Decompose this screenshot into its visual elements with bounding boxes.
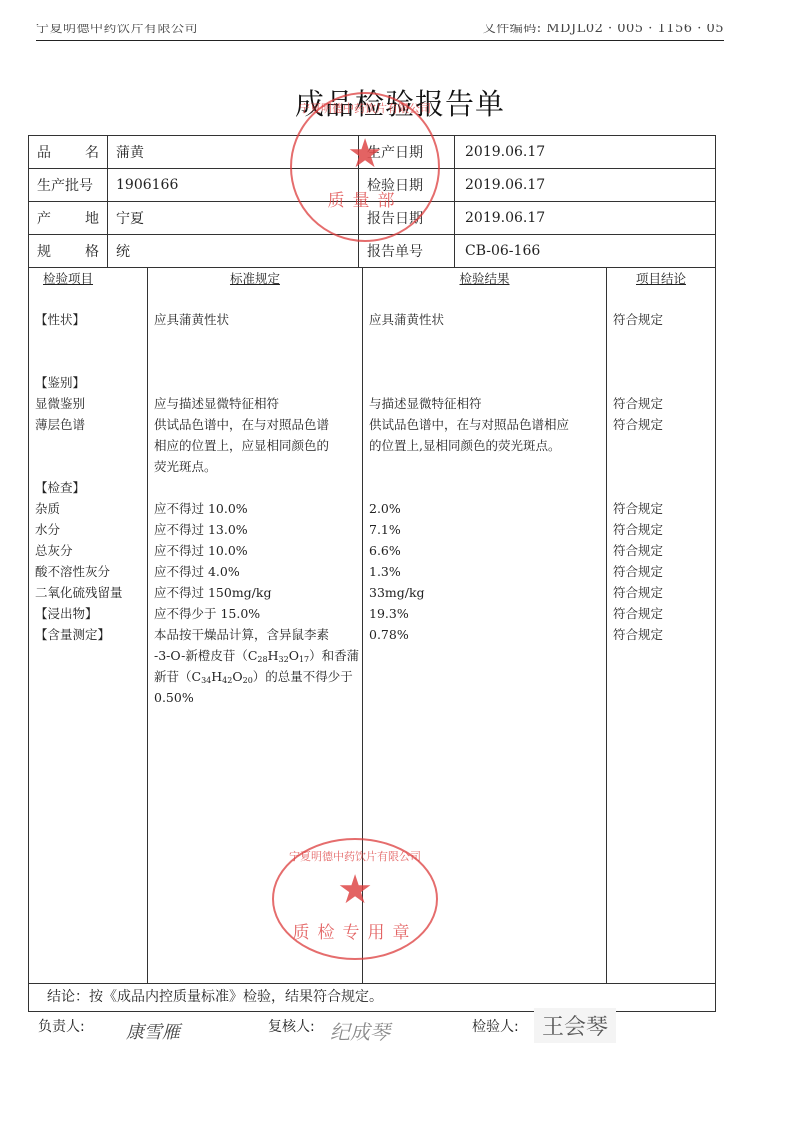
inspector-signature: 王会琴: [534, 1008, 616, 1043]
conclusion-microscopic: 符合规定: [613, 393, 709, 414]
result-extract: 19.3%: [369, 603, 600, 624]
responsible-label: 负责人:: [38, 1016, 85, 1036]
result-total-ash: 6.6%: [369, 540, 600, 561]
conclusion-tlc: 符合规定: [613, 414, 709, 435]
result-microscopic: 与描述显微特征相符: [369, 393, 600, 414]
standard-extract: 应不得少于 15.0%: [154, 603, 356, 624]
standard-assay-limit: 0.50%: [154, 687, 356, 708]
standard-assay-formula-2: 新苷（C34H42O20）的总量不得少于: [154, 666, 356, 687]
value-production-date: 2019.06.17: [455, 136, 715, 168]
header-doc-code: 文件编码: MDJL02 · 005 · 1156 · 05: [483, 24, 724, 38]
inspection-details: 检验项目 【性状】 【鉴别】 显微鉴别 薄层色谱 【检查】 杂质 水分 总灰分 …: [29, 268, 715, 984]
header-item: 检验项目: [35, 268, 141, 289]
label-origin: 产地: [29, 202, 108, 234]
value-report-number: CB-06-166: [455, 235, 715, 267]
conclusion-so2-residue: 符合规定: [613, 582, 709, 603]
conclusion-extract: 符合规定: [613, 603, 709, 624]
item-tlc: 薄层色谱: [35, 414, 141, 435]
header-result: 检验结果: [369, 268, 600, 289]
result-so2-residue: 33mg/kg: [369, 582, 600, 603]
item-acid-insoluble-ash: 酸不溶性灰分: [35, 561, 141, 582]
item-character: 【性状】: [35, 309, 141, 330]
header-standard: 标准规定: [154, 268, 356, 289]
responsible-signature: 康雪雁: [126, 1018, 180, 1044]
conclusion-moisture: 符合规定: [613, 519, 709, 540]
result-moisture: 7.1%: [369, 519, 600, 540]
item-total-ash: 总灰分: [35, 540, 141, 561]
label-spec: 规格: [29, 235, 108, 267]
page-title: 成品检验报告单: [0, 82, 800, 123]
value-origin: 宁夏: [108, 202, 359, 234]
label-production-date: 生产日期: [359, 136, 455, 168]
result-assay: 0.78%: [369, 624, 600, 645]
standard-tlc-line: 荧光斑点。: [154, 456, 356, 477]
result-tlc-line: 供试品色谱中，在与对照品色谱相应: [369, 414, 600, 435]
standard-acid-insoluble-ash: 应不得过 4.0%: [154, 561, 356, 582]
standard-tlc-line: 供试品色谱中，在与对照品色谱: [154, 414, 356, 435]
reviewer-signature: 纪成琴: [330, 1016, 390, 1045]
info-row-spec: 规格 统 报告单号 CB-06-166: [29, 235, 715, 268]
item-assay: 【含量测定】: [35, 624, 141, 645]
value-inspection-date: 2019.06.17: [455, 169, 715, 201]
header-conclusion: 项目结论: [613, 268, 709, 289]
column-conclusion: 项目结论 符合规定 符合规定 符合规定 符合规定 符合规定 符合规定 符合规定 …: [607, 268, 715, 983]
conclusion-total-ash: 符合规定: [613, 540, 709, 561]
label-product-name: 品名: [29, 136, 108, 168]
conclusion-acid-insoluble-ash: 符合规定: [613, 561, 709, 582]
column-standard: 标准规定 应具蒲黄性状 应与描述显微特征相符 供试品色谱中，在与对照品色谱 相应…: [148, 268, 363, 983]
standard-assay-formula-1: -3-O-新橙皮苷（C28H32O17）和香蒲: [154, 645, 356, 666]
conclusion-assay: 符合规定: [613, 624, 709, 645]
column-items: 检验项目 【性状】 【鉴别】 显微鉴别 薄层色谱 【检查】 杂质 水分 总灰分 …: [29, 268, 148, 983]
label-report-date: 报告日期: [359, 202, 455, 234]
label-batch-number: 生产批号: [29, 169, 108, 201]
value-batch-number: 1906166: [108, 169, 359, 201]
standard-character: 应具蒲黄性状: [154, 309, 356, 330]
value-spec: 统: [108, 235, 359, 267]
header-company: 宁夏明德中药饮片有限公司: [36, 24, 198, 38]
conclusion-impurity: 符合规定: [613, 498, 709, 519]
info-row-batch: 生产批号 1906166 检验日期 2019.06.17: [29, 169, 715, 202]
inspector-label: 检验人:: [472, 1016, 519, 1036]
section-identification: 【鉴别】: [35, 372, 141, 393]
header-divider: [36, 40, 724, 41]
value-product-name: 蒲黄: [108, 136, 359, 168]
item-impurity: 杂质: [35, 498, 141, 519]
item-microscopic: 显微鉴别: [35, 393, 141, 414]
standard-so2-residue: 应不得过 150mg/kg: [154, 582, 356, 603]
result-character: 应具蒲黄性状: [369, 309, 600, 330]
value-report-date: 2019.06.17: [455, 202, 715, 234]
item-so2-residue: 二氧化硫残留量: [35, 582, 141, 603]
result-tlc-line: 的位置上,显相同颜色的荧光斑点。: [369, 435, 600, 456]
result-acid-insoluble-ash: 1.3%: [369, 561, 600, 582]
info-row-product: 品名 蒲黄 生产日期 2019.06.17: [29, 136, 715, 169]
standard-assay-line: 本品按干燥品计算，含异鼠李素: [154, 624, 356, 645]
info-row-origin: 产地 宁夏 报告日期 2019.06.17: [29, 202, 715, 235]
standard-tlc-line: 相应的位置上，应显相同颜色的: [154, 435, 356, 456]
report-table: 品名 蒲黄 生产日期 2019.06.17 生产批号 1906166 检验日期 …: [28, 135, 716, 1012]
reviewer-label: 复核人:: [268, 1016, 315, 1036]
standard-microscopic: 应与描述显微特征相符: [154, 393, 356, 414]
label-report-number: 报告单号: [359, 235, 455, 267]
item-extract: 【浸出物】: [35, 603, 141, 624]
conclusion-character: 符合规定: [613, 309, 709, 330]
standard-total-ash: 应不得过 10.0%: [154, 540, 356, 561]
column-result: 检验结果 应具蒲黄性状 与描述显微特征相符 供试品色谱中，在与对照品色谱相应 的…: [363, 268, 607, 983]
label-inspection-date: 检验日期: [359, 169, 455, 201]
overall-conclusion: 结论：按《成品内控质量标准》检验，结果符合规定。: [29, 984, 715, 1011]
standard-impurity: 应不得过 10.0%: [154, 498, 356, 519]
standard-moisture: 应不得过 13.0%: [154, 519, 356, 540]
section-checks: 【检查】: [35, 477, 141, 498]
item-moisture: 水分: [35, 519, 141, 540]
result-impurity: 2.0%: [369, 498, 600, 519]
